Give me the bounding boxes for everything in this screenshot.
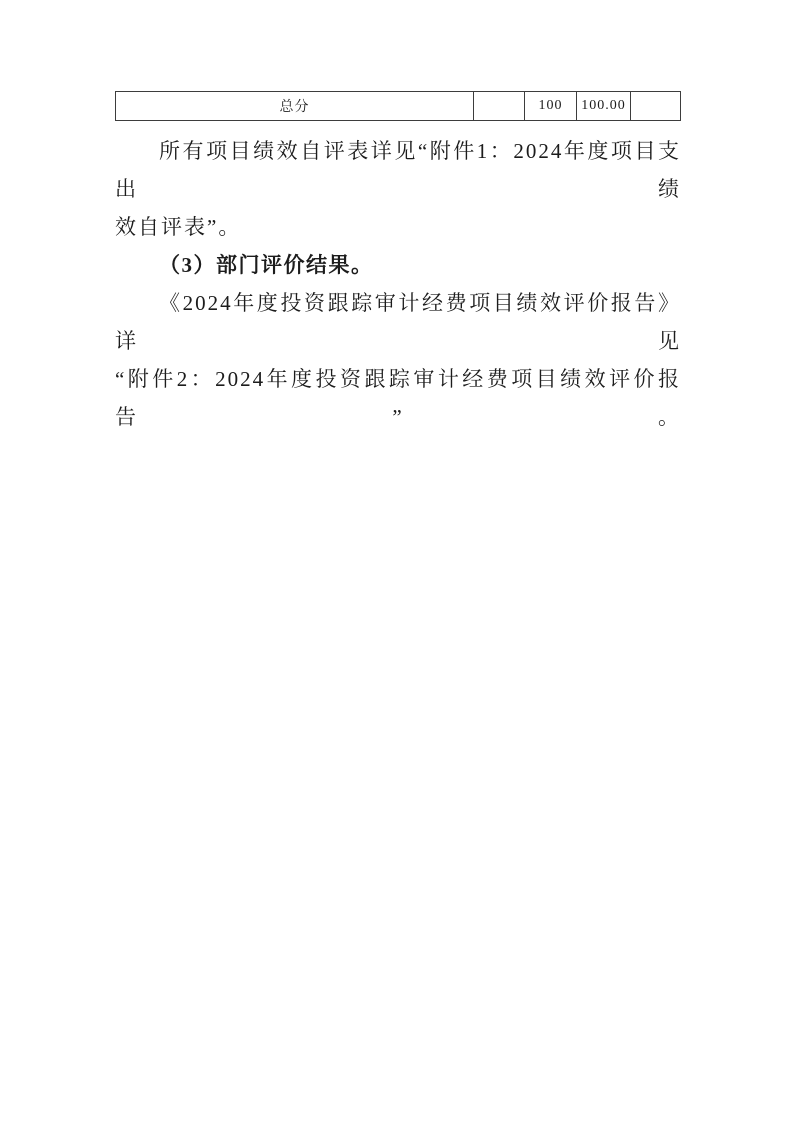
paragraph-report-line1: 《2024年度投资跟踪审计经费项目绩效评价报告》详见 [115,284,681,360]
section-heading-dept-evaluation: （3）部门评价结果。 [115,246,681,284]
table-cell-empty-1 [473,92,524,120]
paragraph-attachment1-line1: 所有项目绩效自评表详见“附件1：2024年度项目支出绩 [115,132,681,208]
paragraph-report-line2: “附件2：2024年度投资跟踪审计经费项目绩效评价报告”。 [115,360,681,436]
paragraph-attachment1-line2: 效自评表”。 [115,208,681,246]
body-text: 所有项目绩效自评表详见“附件1：2024年度项目支出绩 效自评表”。 （3）部门… [115,132,681,436]
table-cell-total-label: 总分 [116,92,473,120]
page-content: 总分 100 100.00 所有项目绩效自评表详见“附件1：2024年度项目支出… [115,91,681,436]
table-row-total-score: 总分 100 100.00 [115,91,681,121]
document-page: 总分 100 100.00 所有项目绩效自评表详见“附件1：2024年度项目支出… [0,0,793,1122]
table-cell-score-100-00: 100.00 [576,92,630,120]
table-cell-empty-2 [630,92,680,120]
table-cell-score-100: 100 [524,92,576,120]
